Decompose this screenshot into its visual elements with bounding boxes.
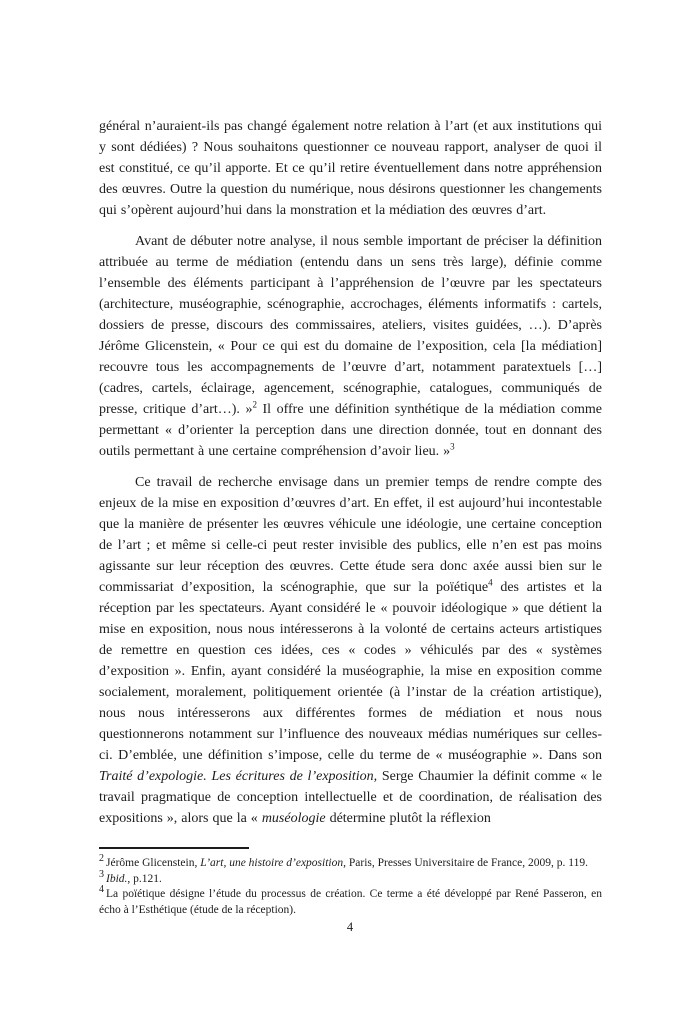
document-page: général n’auraient-ils pas changé égalem… — [0, 0, 700, 1028]
footnote: 4La poïétique désigne l’étude du process… — [99, 887, 602, 918]
footnote-marker: 2 — [99, 853, 106, 864]
text-run: Ce travail de recherche envisage dans un… — [99, 475, 602, 595]
text-run: , p.121. — [127, 873, 162, 885]
footnote-separator — [99, 847, 249, 849]
footnote-reference: 3 — [450, 441, 455, 451]
text-run: détermine plutôt la réflexion — [326, 811, 491, 826]
footnote-marker: 4 — [99, 884, 106, 895]
text-run: La poïétique désigne l’étude du processu… — [99, 888, 602, 916]
italic-text-run: L’art, une histoire d’exposition — [200, 857, 343, 869]
footnote-marker: 3 — [99, 869, 106, 880]
text-run: Avant de débuter notre analyse, il nous … — [99, 234, 602, 417]
paragraph: Avant de débuter notre analyse, il nous … — [99, 231, 602, 462]
text-run: général n’auraient-ils pas changé égalem… — [99, 119, 602, 218]
text-run: , Paris, Presses Universitaire de France… — [343, 857, 588, 869]
footnote: 3Ibid., p.121. — [99, 872, 602, 888]
text-run: Jérôme Glicenstein, — [106, 857, 200, 869]
page-number: 4 — [0, 920, 700, 935]
body-text: général n’auraient-ils pas changé égalem… — [99, 116, 602, 839]
text-run: des artistes et la réception par les spe… — [99, 580, 602, 763]
italic-text-run: muséologie — [262, 811, 326, 826]
paragraph: Ce travail de recherche envisage dans un… — [99, 472, 602, 829]
paragraph: général n’auraient-ils pas changé égalem… — [99, 116, 602, 221]
italic-text-run: Ibid. — [106, 873, 127, 885]
footnote: 2Jérôme Glicenstein, L’art, une histoire… — [99, 856, 602, 872]
italic-text-run: Traité d’expologie. Les écritures de l’e… — [99, 769, 377, 784]
footnotes: 2Jérôme Glicenstein, L’art, une histoire… — [99, 856, 602, 918]
